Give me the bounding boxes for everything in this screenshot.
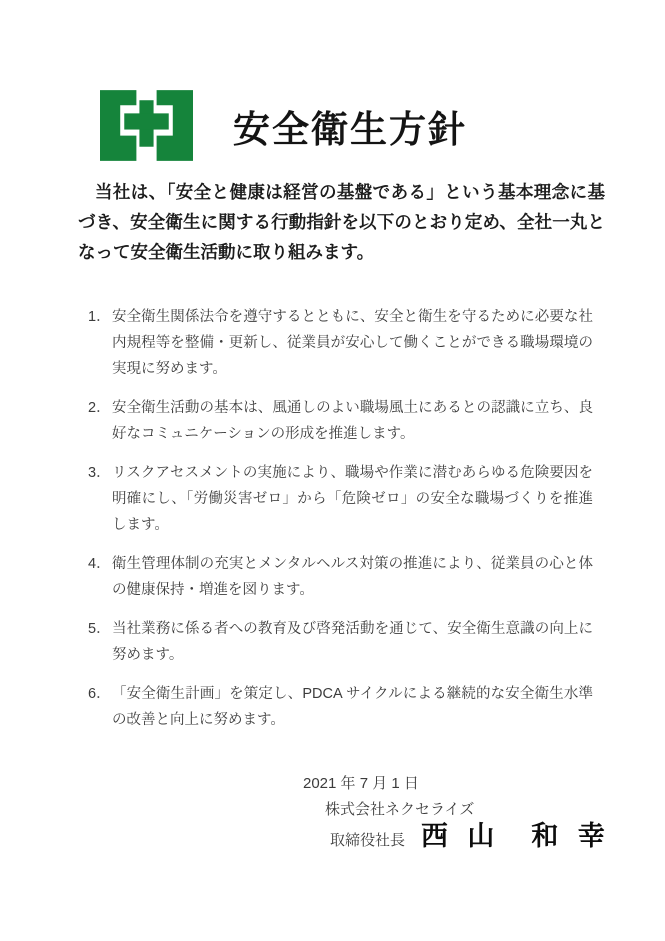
header: 安全衛生方針 — [0, 0, 665, 161]
policy-item-3: 3． リスクアセスメントの実施により、職場や作業に潜むあらゆる危険要因を明確にし… — [88, 460, 593, 538]
policy-item-4: 4． 衛生管理体制の充実とメンタルヘルス対策の推進により、従業員の心と体の健康保… — [88, 551, 593, 603]
signature-row: 取締役社長 西 山 和 幸 — [330, 824, 665, 854]
policy-item-2: 2． 安全衛生活動の基本は、風通しのよい職場風土にあるとの認識に立ち、良好なコミ… — [88, 395, 593, 447]
item-text: リスクアセスメントの実施により、職場や作業に潜むあらゆる危険要因を明確にし、「労… — [112, 460, 593, 538]
item-number: 5． — [88, 616, 112, 668]
company-name: 株式会社ネクセライズ — [325, 797, 665, 823]
policy-item-5: 5． 当社業務に係る者への教育及び啓発活動を通じて、安全衛生意識の向上に努めます… — [88, 616, 593, 668]
item-number: 1． — [88, 304, 112, 382]
cross-horizontal-bar — [124, 113, 168, 129]
footer: 2021 年 7 月 1 日 株式会社ネクセライズ 取締役社長 西 山 和 幸 — [303, 771, 665, 854]
document-page: 安全衛生方針 当社は、「安全と健康は経営の基盤である」という基本理念に基づき、安… — [0, 0, 665, 941]
item-number: 3． — [88, 460, 112, 538]
item-number: 4． — [88, 551, 112, 603]
page-title: 安全衛生方針 — [233, 99, 467, 153]
policy-list: 1． 安全衛生関係法令を遵守するとともに、安全と衛生を守るために必要な社内規程等… — [88, 304, 593, 733]
role-title: 取締役社長 — [330, 828, 405, 854]
item-text: 衛生管理体制の充実とメンタルヘルス対策の推進により、従業員の心と体の健康保持・増… — [112, 551, 593, 603]
item-text: 当社業務に係る者への教育及び啓発活動を通じて、安全衛生意識の向上に努めます。 — [112, 616, 593, 668]
green-cross-icon — [100, 90, 193, 161]
policy-item-1: 1． 安全衛生関係法令を遵守するとともに、安全と衛生を守るために必要な社内規程等… — [88, 304, 593, 382]
policy-item-6: 6． 「安全衛生計画」を策定し、PDCA サイクルによる継続的な安全衛生水準の改… — [88, 681, 593, 733]
item-text: 「安全衛生計画」を策定し、PDCA サイクルによる継続的な安全衛生水準の改善と向… — [112, 681, 593, 733]
issue-date: 2021 年 7 月 1 日 — [303, 771, 665, 797]
president-signature: 西 山 和 幸 — [421, 824, 610, 850]
item-number: 2． — [88, 395, 112, 447]
item-text: 安全衛生関係法令を遵守するとともに、安全と衛生を守るために必要な社内規程等を整備… — [112, 304, 593, 382]
intro-paragraph: 当社は、「安全と健康は経営の基盤である」という基本理念に基づき、安全衛生に関する… — [78, 177, 605, 267]
item-number: 6． — [88, 681, 112, 733]
item-text: 安全衛生活動の基本は、風通しのよい職場風土にあるとの認識に立ち、良好なコミュニケ… — [112, 395, 593, 447]
